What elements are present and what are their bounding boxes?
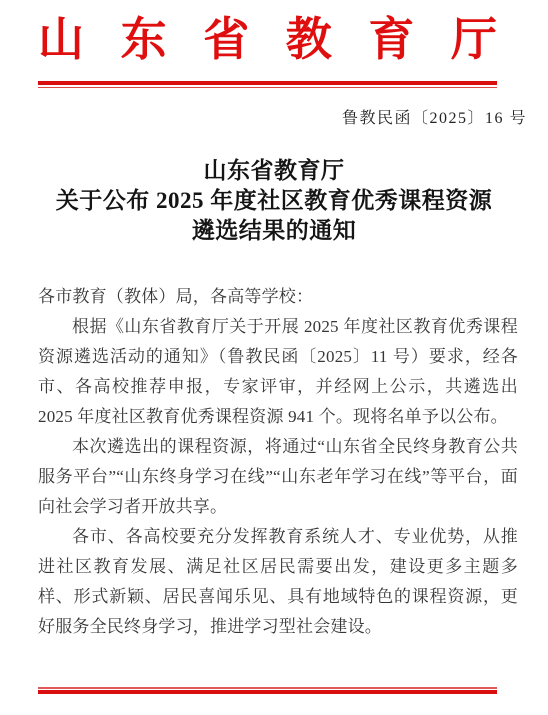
header-rule-thin [38,87,497,89]
paragraph-2: 本次遴选出的课程资源，将通过“山东省全民终身教育公共服务平台”“山东终身学习在线… [38,432,518,522]
notice-title-line-3: 遴选结果的通知 [0,216,548,246]
notice-body: 各市教育（教体）局，各高等学校： 根据《山东省教育厅关于开展 2025 年度社区… [38,282,518,642]
salutation: 各市教育（教体）局，各高等学校： [38,282,518,312]
notice-title-line-1: 山东省教育厅 [0,156,548,186]
notice-title-line-2: 关于公布 2025 年度社区教育优秀课程资源 [0,186,548,216]
agency-title: 山东省教育厅 [38,8,497,72]
footer-double-rule [38,687,497,694]
paragraph-3: 各市、各高校要充分发挥教育系统人才、专业优势，从推进社区教育发展、满足社区居民需… [38,522,518,642]
document-masthead: 山东省教育厅 鲁教民函〔2025〕16 号 [0,8,548,129]
paragraph-1: 根据《山东省教育厅关于开展 2025 年度社区教育优秀课程资源遴选活动的通知》（… [38,312,518,432]
footer-rule-thin [38,687,497,689]
document-page: 山东省教育厅 鲁教民函〔2025〕16 号 山东省教育厅 关于公布 2025 年… [0,0,548,715]
footer-rule-thick [38,690,497,694]
notice-title: 山东省教育厅 关于公布 2025 年度社区教育优秀课程资源 遴选结果的通知 [0,156,548,246]
document-number: 鲁教民函〔2025〕16 号 [0,109,548,129]
header-rule-thick [38,81,497,85]
header-double-rule [38,81,497,88]
